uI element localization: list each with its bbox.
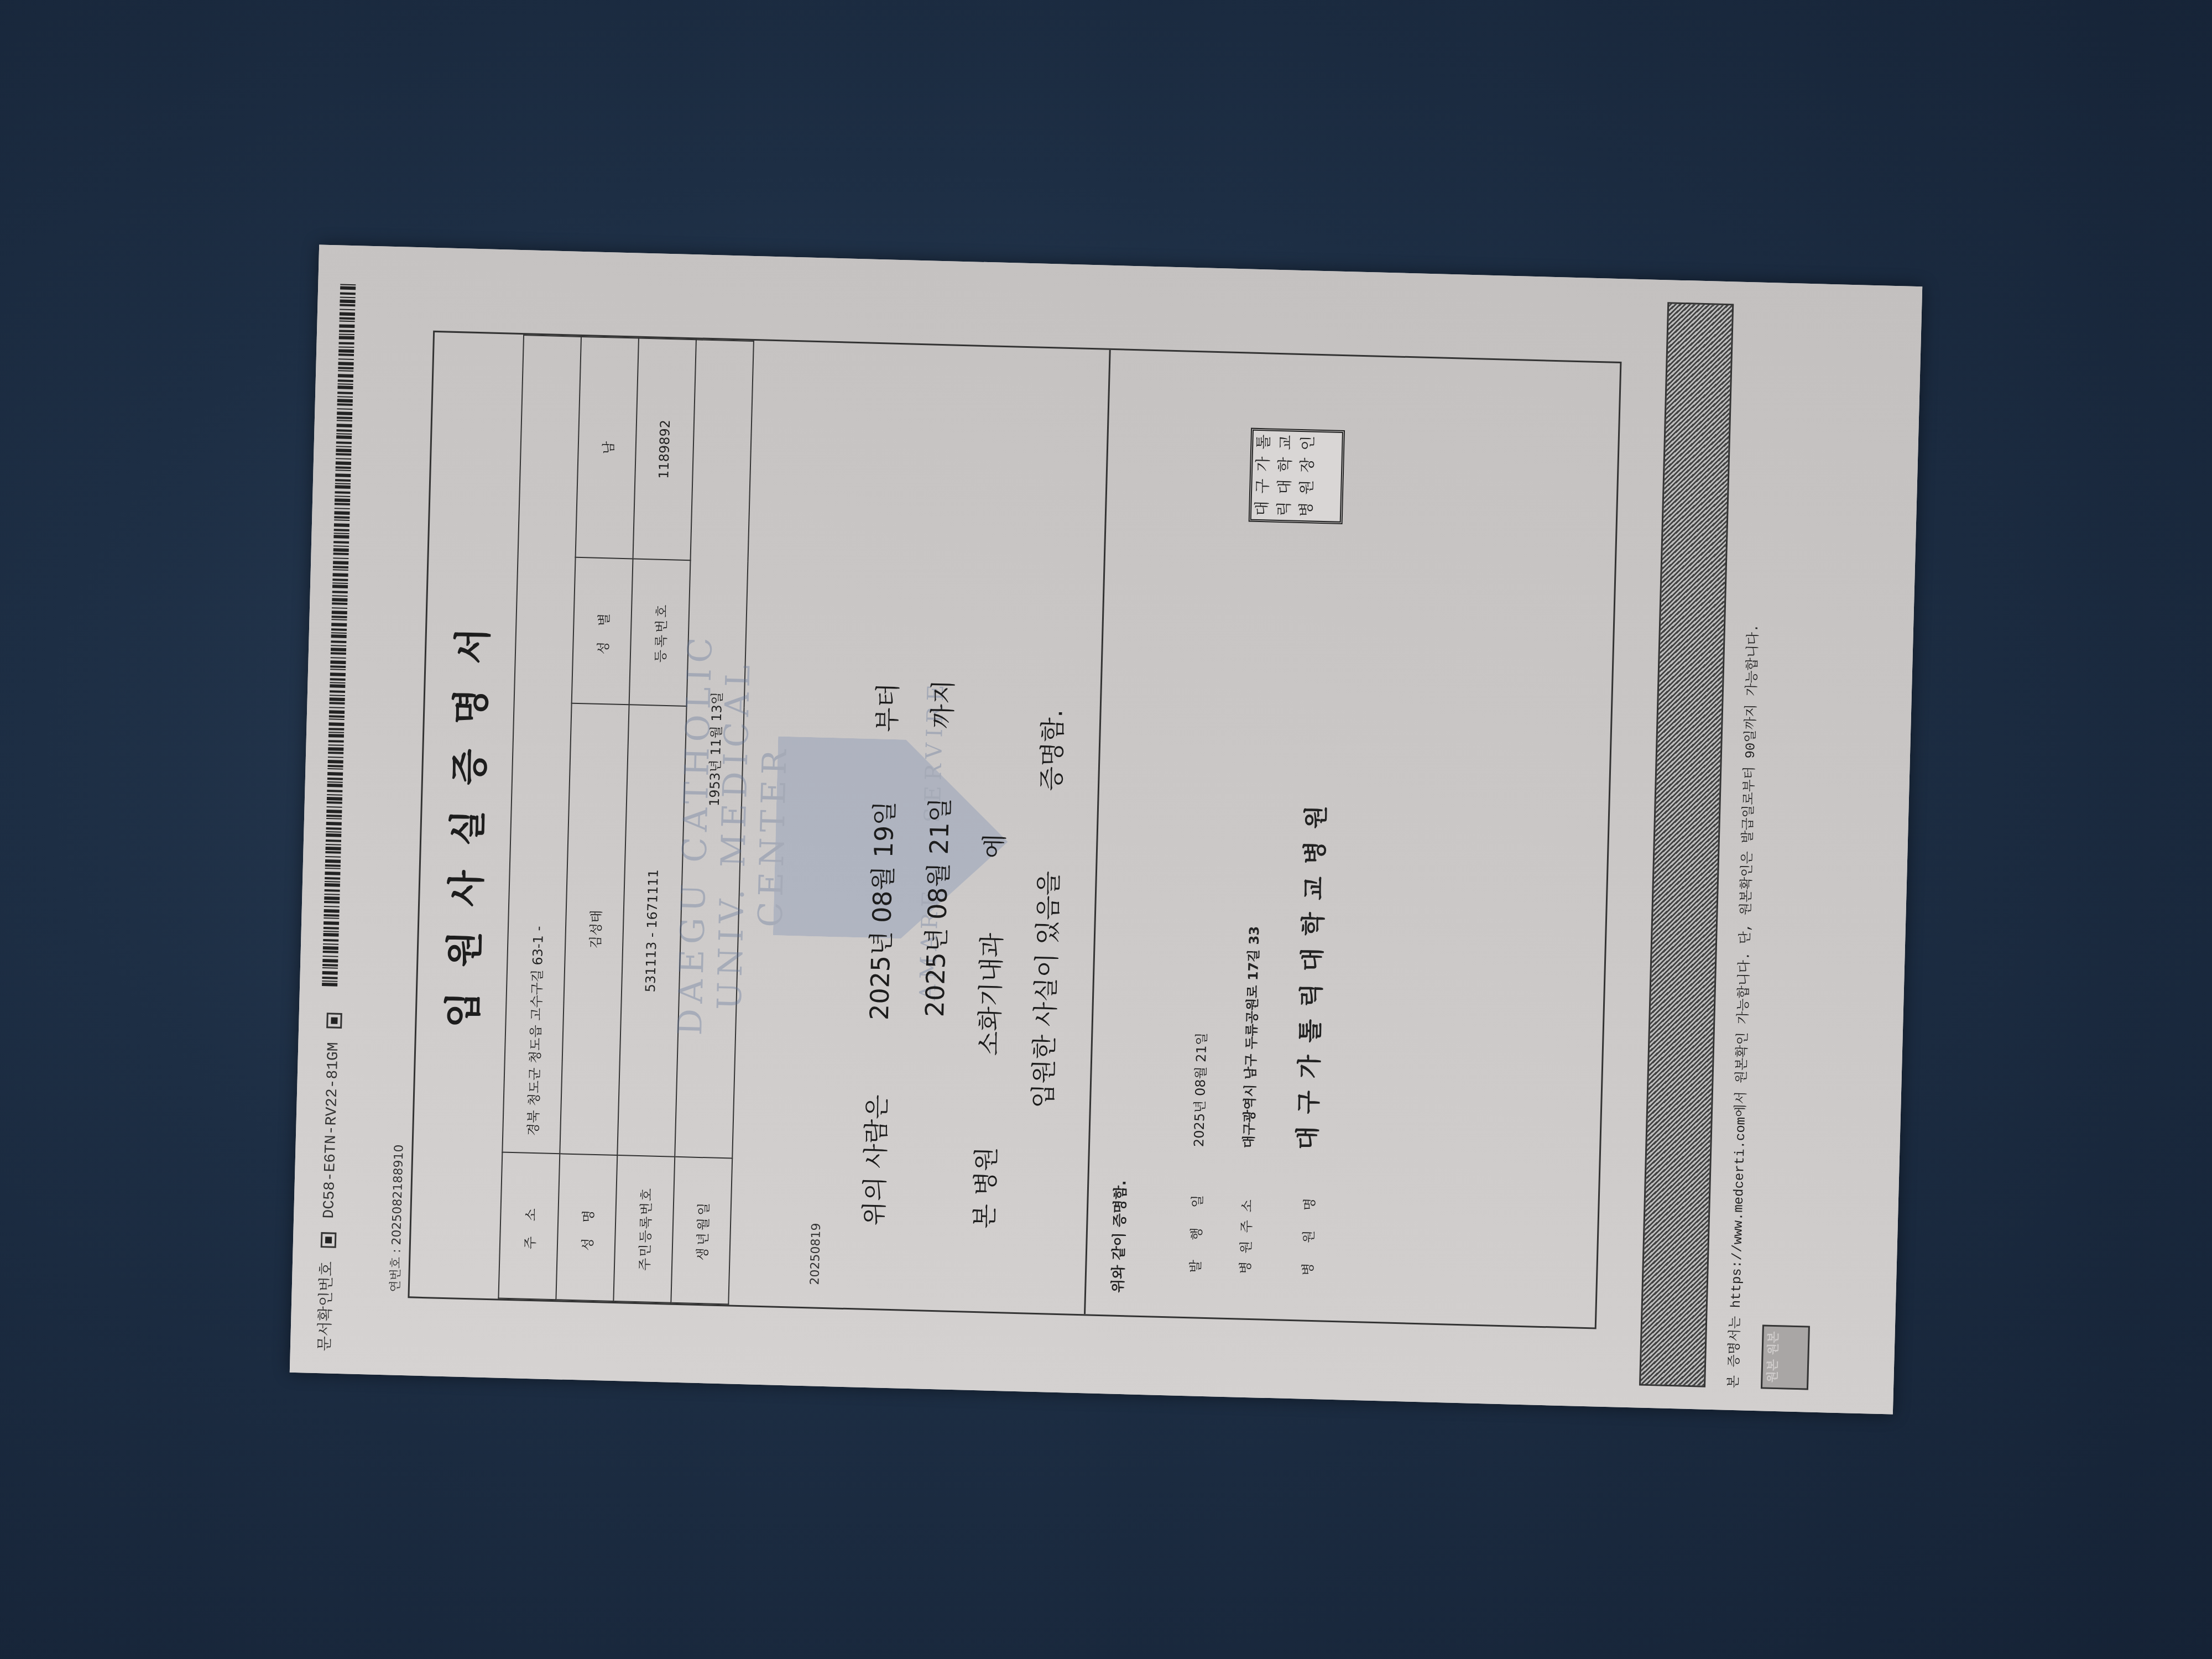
barcode-bar bbox=[329, 707, 345, 708]
barcode-bar bbox=[338, 342, 354, 345]
barcode-bar bbox=[331, 645, 346, 646]
barcode-bar bbox=[331, 634, 347, 638]
barcode-bar bbox=[329, 702, 345, 705]
barcode-bar bbox=[330, 695, 345, 696]
barcode-bar bbox=[335, 483, 351, 484]
barcode-bar bbox=[337, 396, 353, 398]
barcode-bar bbox=[326, 810, 342, 813]
barcode-bar bbox=[340, 304, 355, 306]
statement-line-4: 입원한 사실이 있음을 증명함. bbox=[1020, 400, 1078, 1230]
barcode-bar bbox=[336, 441, 352, 444]
barcode-bar bbox=[338, 358, 354, 360]
hospital-address-row: 병원주소 대구광역시 남구 두류공원로 17길 33 bbox=[1234, 926, 1262, 1274]
barcode-bar bbox=[339, 333, 354, 335]
barcode-bar bbox=[338, 349, 354, 353]
barcode-bar bbox=[332, 607, 347, 609]
original-copy-stamp: 원본 원본 bbox=[1761, 1324, 1810, 1390]
barcode-bar bbox=[334, 516, 349, 519]
barcode-bar bbox=[335, 473, 351, 477]
barcode-bar bbox=[327, 784, 343, 787]
barcode-bar bbox=[336, 429, 352, 432]
barcode-bar bbox=[331, 657, 346, 659]
barcode-bar bbox=[336, 453, 351, 456]
serial-number-label: 연번호 : bbox=[389, 1249, 404, 1292]
barcode-bar bbox=[337, 392, 353, 394]
barcode-bar bbox=[325, 872, 340, 875]
barcode-bar bbox=[335, 491, 350, 494]
barcode-bar bbox=[324, 894, 340, 895]
barcode-bar bbox=[324, 906, 340, 907]
registration-number-label: 등록번호 bbox=[629, 559, 691, 707]
barcode-bar bbox=[338, 353, 354, 356]
barcode-bar bbox=[322, 983, 337, 987]
barcode-bar bbox=[333, 545, 349, 547]
checkbox-marker-icon bbox=[326, 1013, 342, 1029]
resident-number-label: 주민등록번호 bbox=[613, 1155, 675, 1303]
barcode-bar bbox=[324, 901, 340, 904]
barcode-bar bbox=[337, 416, 352, 419]
barcode-bar bbox=[333, 548, 349, 552]
barcode-bar bbox=[337, 408, 352, 410]
barcode-bar bbox=[323, 951, 338, 953]
barcode-bar bbox=[325, 851, 341, 854]
barcode-bar bbox=[331, 619, 347, 620]
barcode-bar bbox=[328, 757, 343, 758]
barcode-bar bbox=[338, 383, 353, 385]
barcode-bar bbox=[322, 964, 338, 967]
barcode-bar bbox=[331, 632, 347, 634]
footer-verification-note: 본 증명서는 https://www.medcerti.com에서 원본확인 가… bbox=[1722, 624, 1762, 1388]
barcode-bar bbox=[334, 533, 349, 534]
barcode-bar bbox=[325, 883, 340, 887]
barcode-bar bbox=[328, 728, 344, 731]
barcode-bar bbox=[338, 362, 354, 366]
barcode-bar bbox=[327, 806, 342, 808]
barcode-bar bbox=[333, 535, 349, 539]
birth-date-label: 생년월일 bbox=[671, 1157, 732, 1305]
barcode-bar bbox=[337, 385, 353, 389]
barcode-bar bbox=[333, 566, 348, 568]
statement-line-3: 본 병원 소화기내과 에 bbox=[964, 399, 1022, 1229]
seal-character: 교 bbox=[1275, 431, 1298, 454]
barcode-bar bbox=[327, 765, 343, 768]
department: 소화기내과 bbox=[974, 932, 1007, 1056]
barcode-bar bbox=[323, 939, 338, 942]
barcode-bar bbox=[340, 292, 356, 295]
barcode-bar bbox=[330, 660, 346, 664]
barcode-bar bbox=[336, 461, 351, 465]
barcode-bar bbox=[325, 889, 340, 892]
barcode-bar bbox=[338, 346, 354, 348]
barcode-bar bbox=[326, 839, 341, 842]
address-label: 주 소 bbox=[498, 1152, 560, 1300]
barcode-bar bbox=[323, 933, 338, 937]
checkbox-marker-icon bbox=[320, 1232, 336, 1248]
barcode-bar bbox=[325, 881, 340, 883]
barcode-bar bbox=[340, 317, 355, 320]
barcode-bar bbox=[324, 931, 339, 932]
barcode-bar bbox=[330, 678, 346, 681]
seal-character: 릭 bbox=[1274, 498, 1296, 520]
issue-date-value: 2025년 08월 21일 bbox=[1191, 1032, 1209, 1147]
issue-date-label: 발 행 일 bbox=[1185, 1151, 1207, 1273]
barcode-bar bbox=[336, 458, 351, 460]
barcode-bar bbox=[327, 778, 343, 780]
barcode-bar bbox=[333, 541, 349, 544]
seal-character: 대 bbox=[1274, 476, 1297, 498]
barcode-bar bbox=[323, 943, 338, 945]
security-code-strip bbox=[1639, 302, 1734, 1387]
barcode-bar bbox=[336, 469, 351, 471]
barcode-bar bbox=[340, 296, 356, 298]
barcode-bar bbox=[338, 370, 353, 372]
barcode-bar bbox=[328, 744, 343, 746]
barcode-bar bbox=[334, 519, 349, 521]
gender-value: 남 bbox=[576, 337, 639, 559]
barcode-bar bbox=[324, 914, 339, 917]
seal-character: 구 bbox=[1252, 475, 1275, 498]
barcode-bar bbox=[332, 585, 348, 588]
barcode-bar bbox=[338, 374, 353, 378]
from-suffix: 부터 bbox=[872, 682, 902, 732]
barcode-bar bbox=[327, 797, 342, 801]
barcode-bar bbox=[337, 424, 352, 427]
barcode-bar bbox=[336, 446, 352, 447]
barcode-bar bbox=[326, 831, 341, 833]
hospital-name-row: 병 원 명 대구가톨릭대학교병원 bbox=[1284, 792, 1332, 1276]
barcode-bar bbox=[329, 715, 345, 718]
document-verification-line: 문서확인번호 DC58-E6TN-RV22-81GM bbox=[312, 1008, 343, 1352]
hospital-address-value: 대구광역시 남구 두류공원로 17길 33 bbox=[1241, 926, 1262, 1148]
barcode-bar bbox=[329, 710, 345, 714]
barcode-bar bbox=[325, 864, 341, 867]
issue-date-row: 발 행 일 2025년 08월 21일 bbox=[1185, 1032, 1210, 1273]
barcode-bar bbox=[327, 781, 343, 783]
barcode-bar bbox=[331, 648, 346, 651]
gender-label: 성 별 bbox=[572, 557, 633, 705]
barcode-bar bbox=[328, 740, 344, 743]
department-suffix: 에 bbox=[979, 833, 1010, 859]
barcode-bar bbox=[340, 286, 356, 290]
patient-info-table: 주 소 경북 청도군 청도읍 고수구길 63-1 - 성 명 김성태 성 별 남… bbox=[498, 335, 754, 1305]
statement-subject: 위의 사람은 bbox=[859, 1094, 892, 1226]
name-label: 성 명 bbox=[556, 1154, 617, 1301]
seal-character: 대 bbox=[1251, 497, 1274, 520]
certificate-frame: 입원사실증명서 주 소 경북 청도군 청도읍 고수구길 63-1 - 성 명 김… bbox=[408, 331, 1621, 1329]
barcode-bar bbox=[327, 801, 342, 804]
barcode-bar bbox=[327, 794, 342, 796]
barcode-bar bbox=[328, 722, 344, 726]
seal-character: 원 bbox=[1296, 476, 1319, 499]
barcode-bar bbox=[336, 433, 352, 435]
barcode-bar bbox=[328, 747, 343, 751]
statement-line-2: 2025년 08월 21일 까지 bbox=[909, 397, 967, 1227]
barcode-bar bbox=[333, 557, 348, 559]
barcode-bar bbox=[332, 598, 347, 602]
barcode-bar bbox=[335, 498, 350, 502]
barcode-bar bbox=[335, 485, 351, 489]
barcode-bar bbox=[322, 967, 338, 969]
seal-character: 장 bbox=[1297, 454, 1319, 477]
barcode-bar bbox=[328, 760, 343, 764]
barcode-bar bbox=[337, 403, 353, 406]
barcode-bar bbox=[330, 684, 345, 688]
barcode-bar bbox=[322, 956, 338, 957]
barcode bbox=[322, 267, 356, 986]
barcode-bar bbox=[332, 591, 348, 593]
barcode-bar bbox=[331, 640, 346, 643]
barcode-bar bbox=[333, 561, 348, 565]
barcode-bar bbox=[326, 844, 341, 846]
barcode-bar bbox=[335, 495, 350, 497]
barcode-bar bbox=[338, 367, 353, 369]
barcode-bar bbox=[334, 511, 349, 515]
admission-end-date: 2025년 08월 21일 bbox=[920, 797, 955, 1018]
barcode-bar bbox=[340, 320, 355, 322]
barcode-bar bbox=[325, 877, 340, 880]
barcode-bar bbox=[326, 847, 341, 851]
barcode-bar bbox=[332, 615, 347, 618]
barcode-bar bbox=[336, 435, 352, 439]
barcode-bar bbox=[325, 856, 341, 858]
barcode-bar bbox=[334, 529, 349, 531]
barcode-bar bbox=[339, 330, 354, 332]
hospital-seal-stamp: 대구가톨릭대학교병원장인 bbox=[1249, 428, 1345, 524]
barcode-bar bbox=[334, 523, 349, 527]
barcode-bar bbox=[332, 602, 347, 605]
barcode-bar bbox=[323, 946, 338, 950]
certify-text: 위와 같이 증명함. bbox=[1107, 1180, 1130, 1293]
admission-fact: 입원한 사실이 있음을 bbox=[1028, 870, 1064, 1108]
seal-character: 가 bbox=[1253, 453, 1275, 476]
barcode-bar bbox=[324, 917, 339, 919]
barcode-bar bbox=[330, 682, 345, 684]
barcode-bar bbox=[324, 909, 340, 913]
section-divider bbox=[1084, 350, 1111, 1314]
barcode-bar bbox=[337, 411, 352, 415]
registration-number-value: 1189892 bbox=[633, 338, 696, 561]
barcode-bar bbox=[332, 595, 348, 597]
barcode-bar bbox=[338, 379, 353, 382]
barcode-bar bbox=[331, 652, 346, 655]
barcode-bar bbox=[324, 921, 339, 925]
barcode-bar bbox=[340, 309, 355, 310]
serial-number: 연번호 : 2025082188910 bbox=[386, 1144, 407, 1292]
barcode-bar bbox=[324, 927, 339, 930]
barcode-bar bbox=[337, 399, 353, 403]
certify-suffix: 증명함. bbox=[1036, 709, 1068, 791]
hospital-name-value: 대구가톨릭대학교병원 bbox=[1293, 793, 1331, 1150]
barcode-bar bbox=[322, 977, 337, 979]
barcode-bar bbox=[322, 980, 337, 982]
barcode-bar bbox=[340, 299, 355, 303]
barcode-bar bbox=[330, 669, 346, 670]
until-suffix: 까지 bbox=[927, 679, 958, 729]
seal-character: 인 bbox=[1297, 432, 1320, 455]
seal-character: 병 bbox=[1296, 498, 1318, 521]
barcode-bar bbox=[326, 833, 341, 837]
barcode-bar bbox=[339, 336, 354, 340]
barcode-bar bbox=[325, 859, 341, 863]
barcode-bar bbox=[322, 959, 338, 963]
barcode-bar bbox=[327, 772, 343, 776]
barcode-bar bbox=[335, 508, 350, 509]
record-date: 20250819 bbox=[808, 1223, 823, 1285]
barcode-bar bbox=[330, 697, 345, 701]
barcode-bar bbox=[326, 822, 342, 826]
barcode-bar bbox=[331, 628, 347, 631]
barcode-bar bbox=[335, 479, 351, 482]
barcode-bar bbox=[327, 768, 343, 770]
verification-label: 문서확인번호 bbox=[317, 1261, 337, 1352]
admission-start-date: 2025년 08월 19일 bbox=[864, 801, 900, 1021]
certificate-paper: 문서확인번호 DC58-E6TN-RV22-81GM 연번호 : 2025082… bbox=[290, 244, 1922, 1414]
barcode-bar bbox=[333, 573, 348, 577]
statement-line-1: 위의 사람은 2025년 08월 19일 부터 bbox=[854, 396, 912, 1226]
barcode-bar bbox=[333, 552, 349, 555]
barcode-bar bbox=[340, 312, 355, 316]
hospital-address-label: 병원주소 bbox=[1234, 1152, 1257, 1274]
barcode-bar bbox=[335, 503, 350, 505]
barcode-bar bbox=[330, 690, 345, 693]
barcode-bar bbox=[327, 790, 342, 792]
page-title: 입원사실증명서 bbox=[426, 333, 505, 1298]
barcode-bar bbox=[322, 971, 338, 975]
barcode-bar bbox=[333, 569, 348, 571]
barcode-bar bbox=[330, 672, 346, 676]
barcode-bar bbox=[340, 284, 356, 285]
barcode-bar bbox=[328, 734, 344, 738]
barcode-bar bbox=[330, 665, 346, 668]
barcode-bar bbox=[331, 623, 347, 627]
serial-number-value: 2025082188910 bbox=[390, 1144, 406, 1245]
barcode-bar bbox=[328, 752, 343, 754]
barcode-bar bbox=[324, 896, 340, 900]
barcode-bar bbox=[332, 578, 348, 581]
barcode-bar bbox=[339, 324, 354, 328]
barcode-bar bbox=[325, 868, 341, 869]
hospital-prefix: 본 병원 bbox=[969, 1146, 1001, 1229]
barcode-bar bbox=[336, 448, 351, 452]
barcode-bar bbox=[329, 718, 345, 720]
barcode-bar bbox=[337, 420, 352, 421]
barcode-bar bbox=[332, 611, 347, 614]
barcode-bar bbox=[326, 827, 342, 830]
barcode-bar bbox=[326, 818, 342, 820]
barcode-bar bbox=[332, 582, 348, 584]
barcode-bar bbox=[336, 466, 351, 469]
hospital-name-label: 병 원 명 bbox=[1297, 1154, 1319, 1276]
seal-character: 톨 bbox=[1253, 431, 1276, 453]
seal-character: 학 bbox=[1275, 453, 1297, 476]
verification-code: DC58-E6TN-RV22-81GM bbox=[321, 1042, 342, 1219]
barcode-bar bbox=[326, 815, 342, 817]
barcode-bar bbox=[328, 732, 344, 733]
